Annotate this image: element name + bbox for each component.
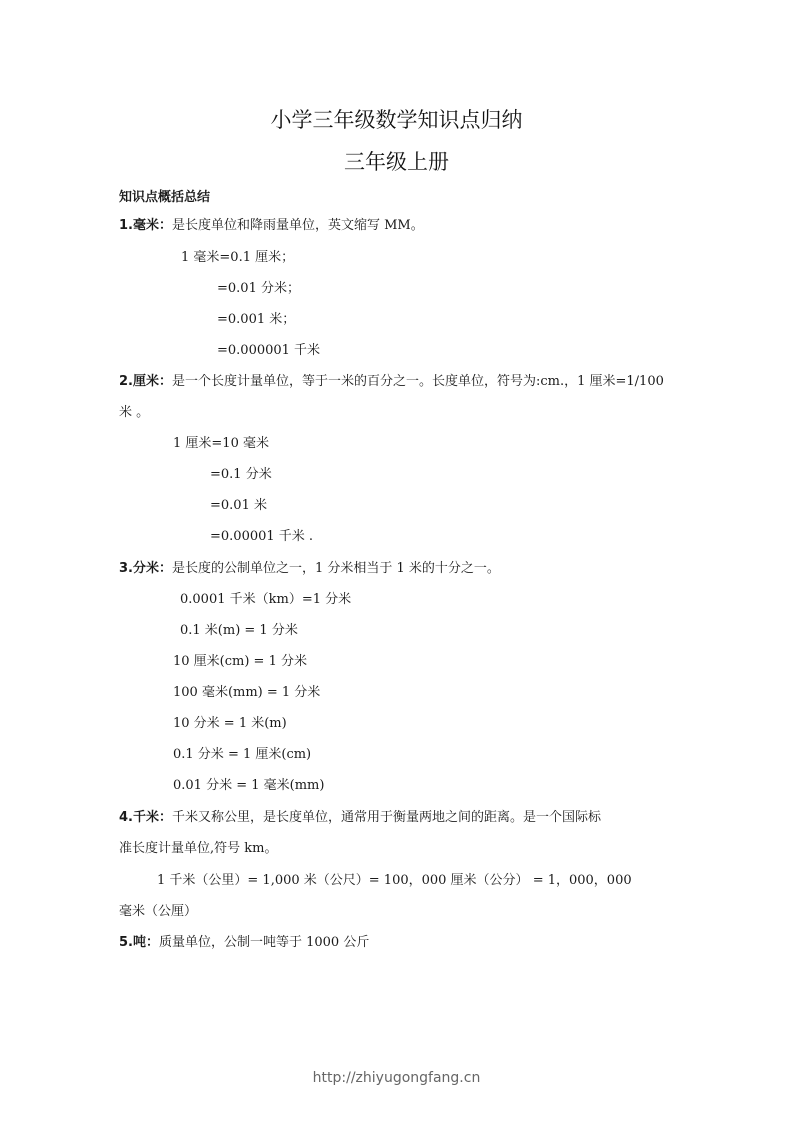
item-3: 3.分米：是长度的公制单位之一，1 分米相当于 1 米的十分之一。 — [119, 561, 500, 577]
item-2-conversion: =0.1 分米 — [210, 467, 272, 483]
item-3-conversion: 0.01 分米 = 1 毫米(mm) — [173, 778, 324, 794]
item-1-label: 1.毫米： — [119, 218, 172, 233]
item-4-label: 4.千米： — [119, 810, 172, 825]
item-3-conversion: 0.0001 千米（km）=1 分米 — [180, 592, 351, 608]
document-title: 小学三年级数学知识点归纳 — [0, 104, 793, 134]
item-3-text: 是长度的公制单位之一，1 分米相当于 1 米的十分之一。 — [172, 561, 500, 576]
item-2-text: 是一个长度计量单位，等于一米的百分之一。长度单位，符号为:cm.，1 厘米=1/… — [172, 374, 664, 389]
item-3-conversion: 0.1 米(m) = 1 分米 — [180, 623, 298, 639]
item-5: 5.吨：质量单位，公制一吨等于 1000 公斤 — [119, 935, 369, 951]
section-heading: 知识点概括总结 — [119, 186, 210, 205]
item-1-conversion: 1 毫米=0.1 厘米； — [181, 250, 294, 266]
item-3-conversion: 10 分米 = 1 米(m) — [173, 716, 287, 732]
item-1-text: 是长度单位和降雨量单位，英文缩写 MM。 — [172, 218, 424, 233]
document-subtitle: 三年级上册 — [0, 146, 793, 176]
item-3-conversion: 100 毫米(mm) = 1 分米 — [173, 685, 320, 701]
item-5-text: 质量单位，公制一吨等于 1000 公斤 — [159, 935, 369, 950]
item-2: 2.厘米：是一个长度计量单位，等于一米的百分之一。长度单位，符号为:cm.，1 … — [119, 374, 664, 390]
document-page: 小学三年级数学知识点归纳 三年级上册 知识点概括总结 1.毫米：是长度单位和降雨… — [0, 0, 793, 1122]
item-2-conversion: =0.01 米 — [210, 498, 267, 514]
item-4-text: 千米又称公里，是长度单位，通常用于衡量两地之间的距离。是一个国际标 — [172, 810, 601, 825]
item-2-label: 2.厘米： — [119, 374, 172, 389]
item-1: 1.毫米：是长度单位和降雨量单位，英文缩写 MM。 — [119, 218, 424, 234]
item-2-conversion: 1 厘米=10 毫米 — [173, 436, 269, 452]
item-3-conversion: 10 厘米(cm) = 1 分米 — [173, 654, 307, 670]
item-3-conversion: 0.1 分米 = 1 厘米(cm) — [173, 747, 311, 763]
item-1-conversion: =0.000001 千米 — [217, 343, 320, 359]
item-2-conversion: =0.00001 千米 . — [210, 529, 313, 545]
item-3-label: 3.分米： — [119, 561, 172, 576]
footer-url: http://zhiyugongfang.cn — [0, 1070, 793, 1086]
item-4: 4.千米：千米又称公里，是长度单位，通常用于衡量两地之间的距离。是一个国际标 — [119, 810, 601, 826]
item-4-conversion: 1 千米（公里）= 1,000 米（公尺）= 100，000 厘米（公分） = … — [157, 873, 632, 889]
item-4-text-cont: 准长度计量单位,符号 km。 — [119, 841, 277, 857]
item-1-conversion: =0.001 米； — [217, 312, 295, 328]
item-5-label: 5.吨： — [119, 935, 159, 950]
item-4-conversion: 毫米（公厘） — [119, 904, 197, 920]
item-1-conversion: =0.01 分米； — [217, 281, 300, 297]
item-2-text-cont: 米 。 — [119, 405, 149, 421]
